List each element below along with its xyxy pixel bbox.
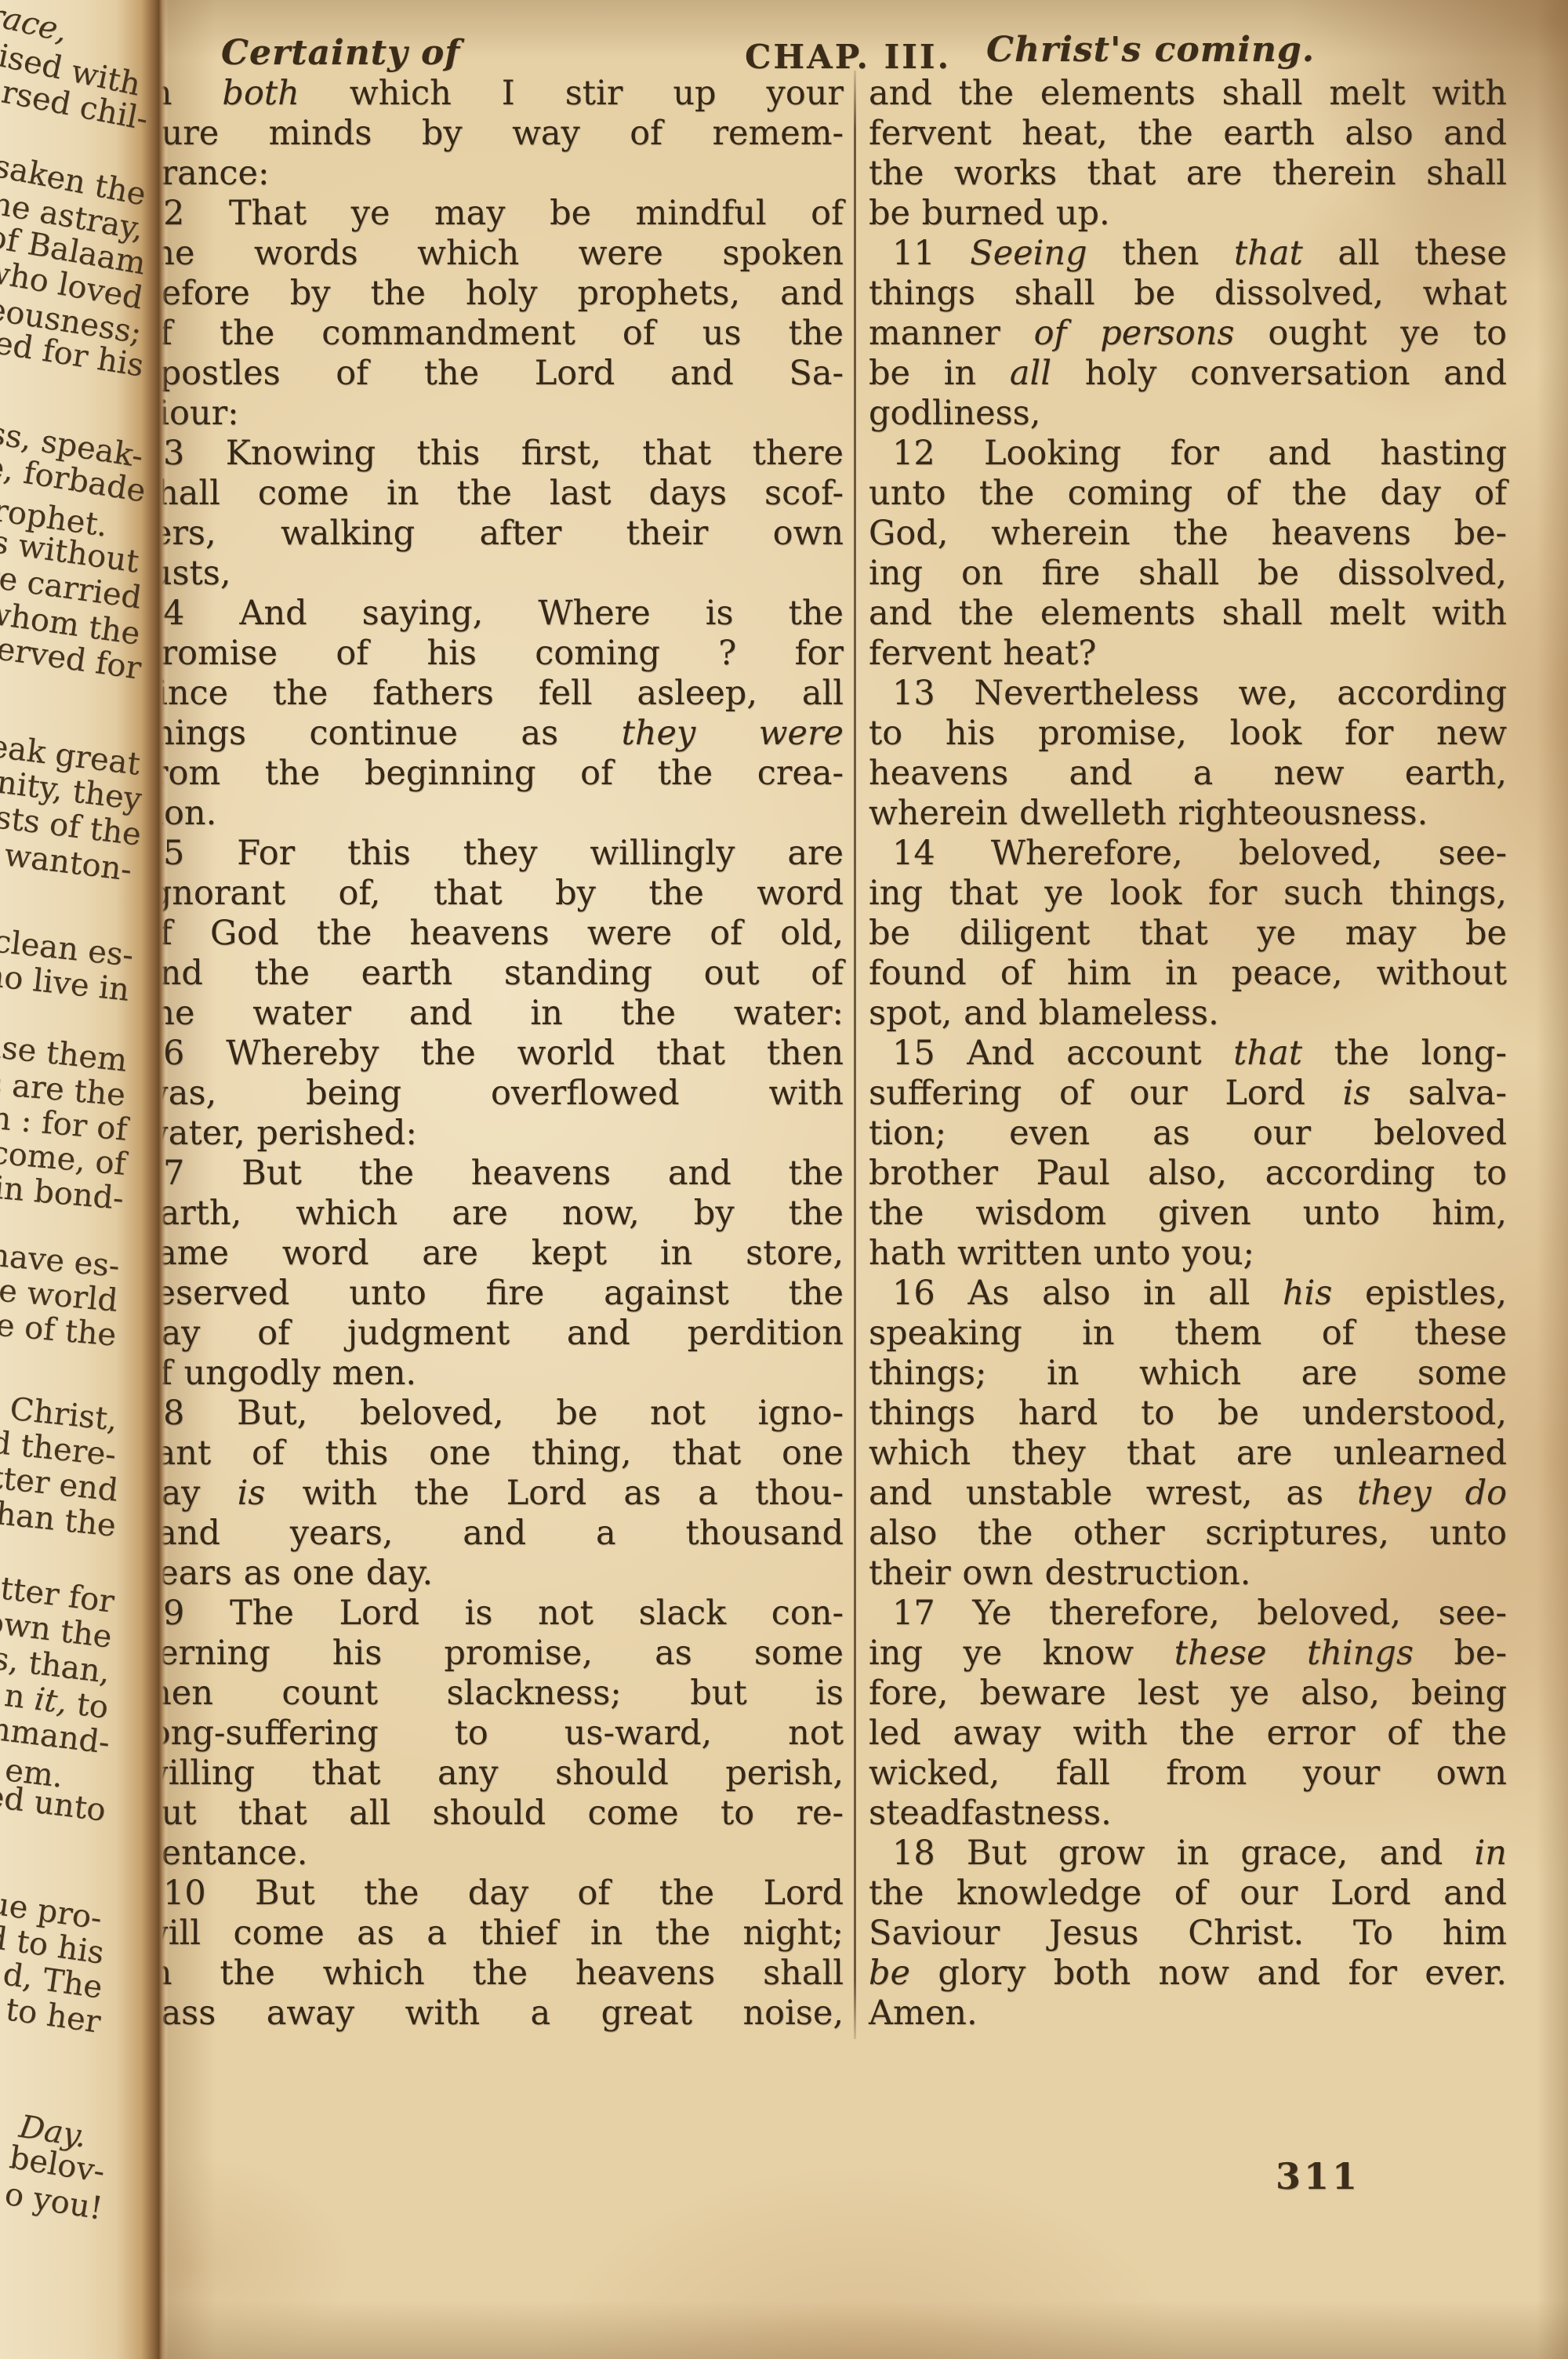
text-line: things; in which are some [869, 1354, 1507, 1394]
text-line: 18 But grow in grace, and in [869, 1834, 1507, 1874]
text-line: in the which the heavens shall [140, 1954, 844, 1994]
text-line: from the beginning of the crea- [140, 754, 844, 794]
text-line: 16 As also in all his epistles, [869, 1274, 1507, 1314]
text-line: will come as a thief in the night; [140, 1914, 844, 1954]
text-line: 5 For this they willingly are [140, 834, 844, 874]
text-line: be glory both now and for ever. [869, 1954, 1507, 1994]
text-line: viour: [140, 394, 844, 434]
text-line: day is with the Lord as a thou- [140, 1474, 844, 1514]
gutter-previous-page-edge: rom grace,ercised withcursed chil-orsake… [0, 0, 166, 2359]
text-line: fervent heat, the earth also and [869, 114, 1507, 154]
text-line: Saviour Jesus Christ. To him [869, 1914, 1507, 1954]
text-line: found of him in peace, without [869, 954, 1507, 994]
text-line: ing on fire shall be dissolved, [869, 554, 1507, 594]
text-line: 6 Whereby the world that then [140, 1034, 844, 1074]
text-line: to his promise, look for new [869, 714, 1507, 754]
text-line: fore, beware lest ye also, being [869, 1674, 1507, 1714]
text-line: lusts, [140, 554, 844, 594]
text-line: fervent heat? [869, 634, 1507, 674]
text-line: of the commandment of us the [140, 314, 844, 354]
text-line: long-suffering to us-ward, not [140, 1714, 844, 1754]
text-line: men count slackness; but is [140, 1674, 844, 1714]
text-line: God, wherein the heavens be- [869, 514, 1507, 554]
text-line: but that all should come to re- [140, 1794, 844, 1834]
text-line: the works that are therein shall [869, 154, 1507, 194]
text-line: apostles of the Lord and Sa- [140, 354, 844, 394]
text-line: 2 That ye may be mindful of [140, 194, 844, 234]
text-line: and the earth standing out of [140, 954, 844, 994]
running-head-right: Christ's coming. [986, 30, 1315, 70]
text-line: earth, which are now, by the [140, 1194, 844, 1234]
text-line: willing that any should perish, [140, 1754, 844, 1794]
text-line: since the fathers fell asleep, all [140, 674, 844, 714]
text-line: their own destruction. [869, 1554, 1507, 1594]
text-line: years as one day. [140, 1554, 844, 1594]
text-line: which they that are unlearned [869, 1434, 1507, 1474]
text-line: 13 Nevertheless we, according [869, 674, 1507, 714]
text-line: cerning his promise, as some [140, 1634, 844, 1674]
text-line: 7 But the heavens and the [140, 1154, 844, 1194]
text-line: 17 Ye therefore, beloved, see- [869, 1594, 1507, 1634]
text-line: Amen. [869, 1994, 1507, 2034]
text-line: fers, walking after their own [140, 514, 844, 554]
text-line: speaking in them of these [869, 1314, 1507, 1354]
text-line: pass away with a great noise, [140, 1994, 844, 2034]
text-line: 12 Looking for and hasting [869, 434, 1507, 474]
text-line: sand years, and a thousand [140, 1514, 844, 1554]
text-line: the wisdom given unto him, [869, 1194, 1507, 1234]
text-line: the knowledge of our Lord and [869, 1874, 1507, 1914]
text-line: 4 And saying, Where is the [140, 594, 844, 634]
text-line: wherein dwelleth righteousness. [869, 794, 1507, 834]
page-number: 311 [1267, 2155, 1369, 2197]
margin-fragment: ed unto [0, 1778, 108, 1828]
left-text-column: in both which I stir up yourpure minds b… [140, 74, 844, 2034]
text-line: spot, and blameless. [869, 994, 1507, 1034]
text-line: things hard to be understood, [869, 1394, 1507, 1434]
text-line: and unstable wrest, as they do [869, 1474, 1507, 1514]
text-line: pentance. [140, 1834, 844, 1874]
text-line: 8 But, beloved, be not igno- [140, 1394, 844, 1434]
text-line: was, being overflowed with [140, 1074, 844, 1114]
text-line: pure minds by way of remem- [140, 114, 844, 154]
text-line: the water and in the water: [140, 994, 844, 1034]
text-line: 11 Seeing then that all these [869, 234, 1507, 274]
text-line: be burned up. [869, 194, 1507, 234]
text-line: water, perished: [140, 1114, 844, 1154]
running-head-left: Certainty of [221, 33, 460, 73]
text-line: and the elements shall melt with [869, 594, 1507, 634]
text-line: of God the heavens were of old, [140, 914, 844, 954]
text-line: same word are kept in store, [140, 1234, 844, 1274]
text-line: godliness, [869, 394, 1507, 434]
text-line: be in all holy conversation and [869, 354, 1507, 394]
column-divider [854, 71, 856, 2039]
text-line: day of judgment and perdition [140, 1314, 844, 1354]
text-line: ignorant of, that by the word [140, 874, 844, 914]
text-line: and the elements shall melt with [869, 74, 1507, 114]
text-line: 3 Knowing this first, that there [140, 434, 844, 474]
text-line: tion. [140, 794, 844, 834]
bible-page: Certainty of CHAP. III. Christ's coming.… [0, 0, 1568, 2359]
text-line: manner of persons ought ye to [869, 314, 1507, 354]
text-line: promise of his coming ? for [140, 634, 844, 674]
text-line: wicked, fall from your own [869, 1754, 1507, 1794]
text-line: ing ye know these things be- [869, 1634, 1507, 1674]
text-line: things continue as they were [140, 714, 844, 754]
text-line: also the other scriptures, unto [869, 1514, 1507, 1554]
text-line: 10 But the day of the Lord [140, 1874, 844, 1914]
right-text-column: and the elements shall melt withfervent … [869, 74, 1507, 2034]
text-line: be diligent that ye may be [869, 914, 1507, 954]
text-line: the words which were spoken [140, 234, 844, 274]
text-line: heavens and a new earth, [869, 754, 1507, 794]
text-line: 14 Wherefore, beloved, see- [869, 834, 1507, 874]
text-line: 15 And account that the long- [869, 1034, 1507, 1074]
text-line: unto the coming of the day of [869, 474, 1507, 514]
text-line: steadfastness. [869, 1794, 1507, 1834]
text-line: brother Paul also, according to [869, 1154, 1507, 1194]
text-line: in both which I stir up your [140, 74, 844, 114]
text-line: reserved unto fire against the [140, 1274, 844, 1314]
text-line: brance: [140, 154, 844, 194]
text-line: tion; even as our beloved [869, 1114, 1507, 1154]
text-line: led away with the error of the [869, 1714, 1507, 1754]
text-line: shall come in the last days scof- [140, 474, 844, 514]
text-line: ing that ye look for such things, [869, 874, 1507, 914]
text-line: things shall be dissolved, what [869, 274, 1507, 314]
text-line: hath written unto you; [869, 1234, 1507, 1274]
text-line: 9 The Lord is not slack con- [140, 1594, 844, 1634]
chapter-heading: CHAP. III. [745, 38, 951, 76]
text-line: suffering of our Lord is salva- [869, 1074, 1507, 1114]
text-line: of ungodly men. [140, 1354, 844, 1394]
text-line: before by the holy prophets, and [140, 274, 844, 314]
text-line: rant of this one thing, that one [140, 1434, 844, 1474]
